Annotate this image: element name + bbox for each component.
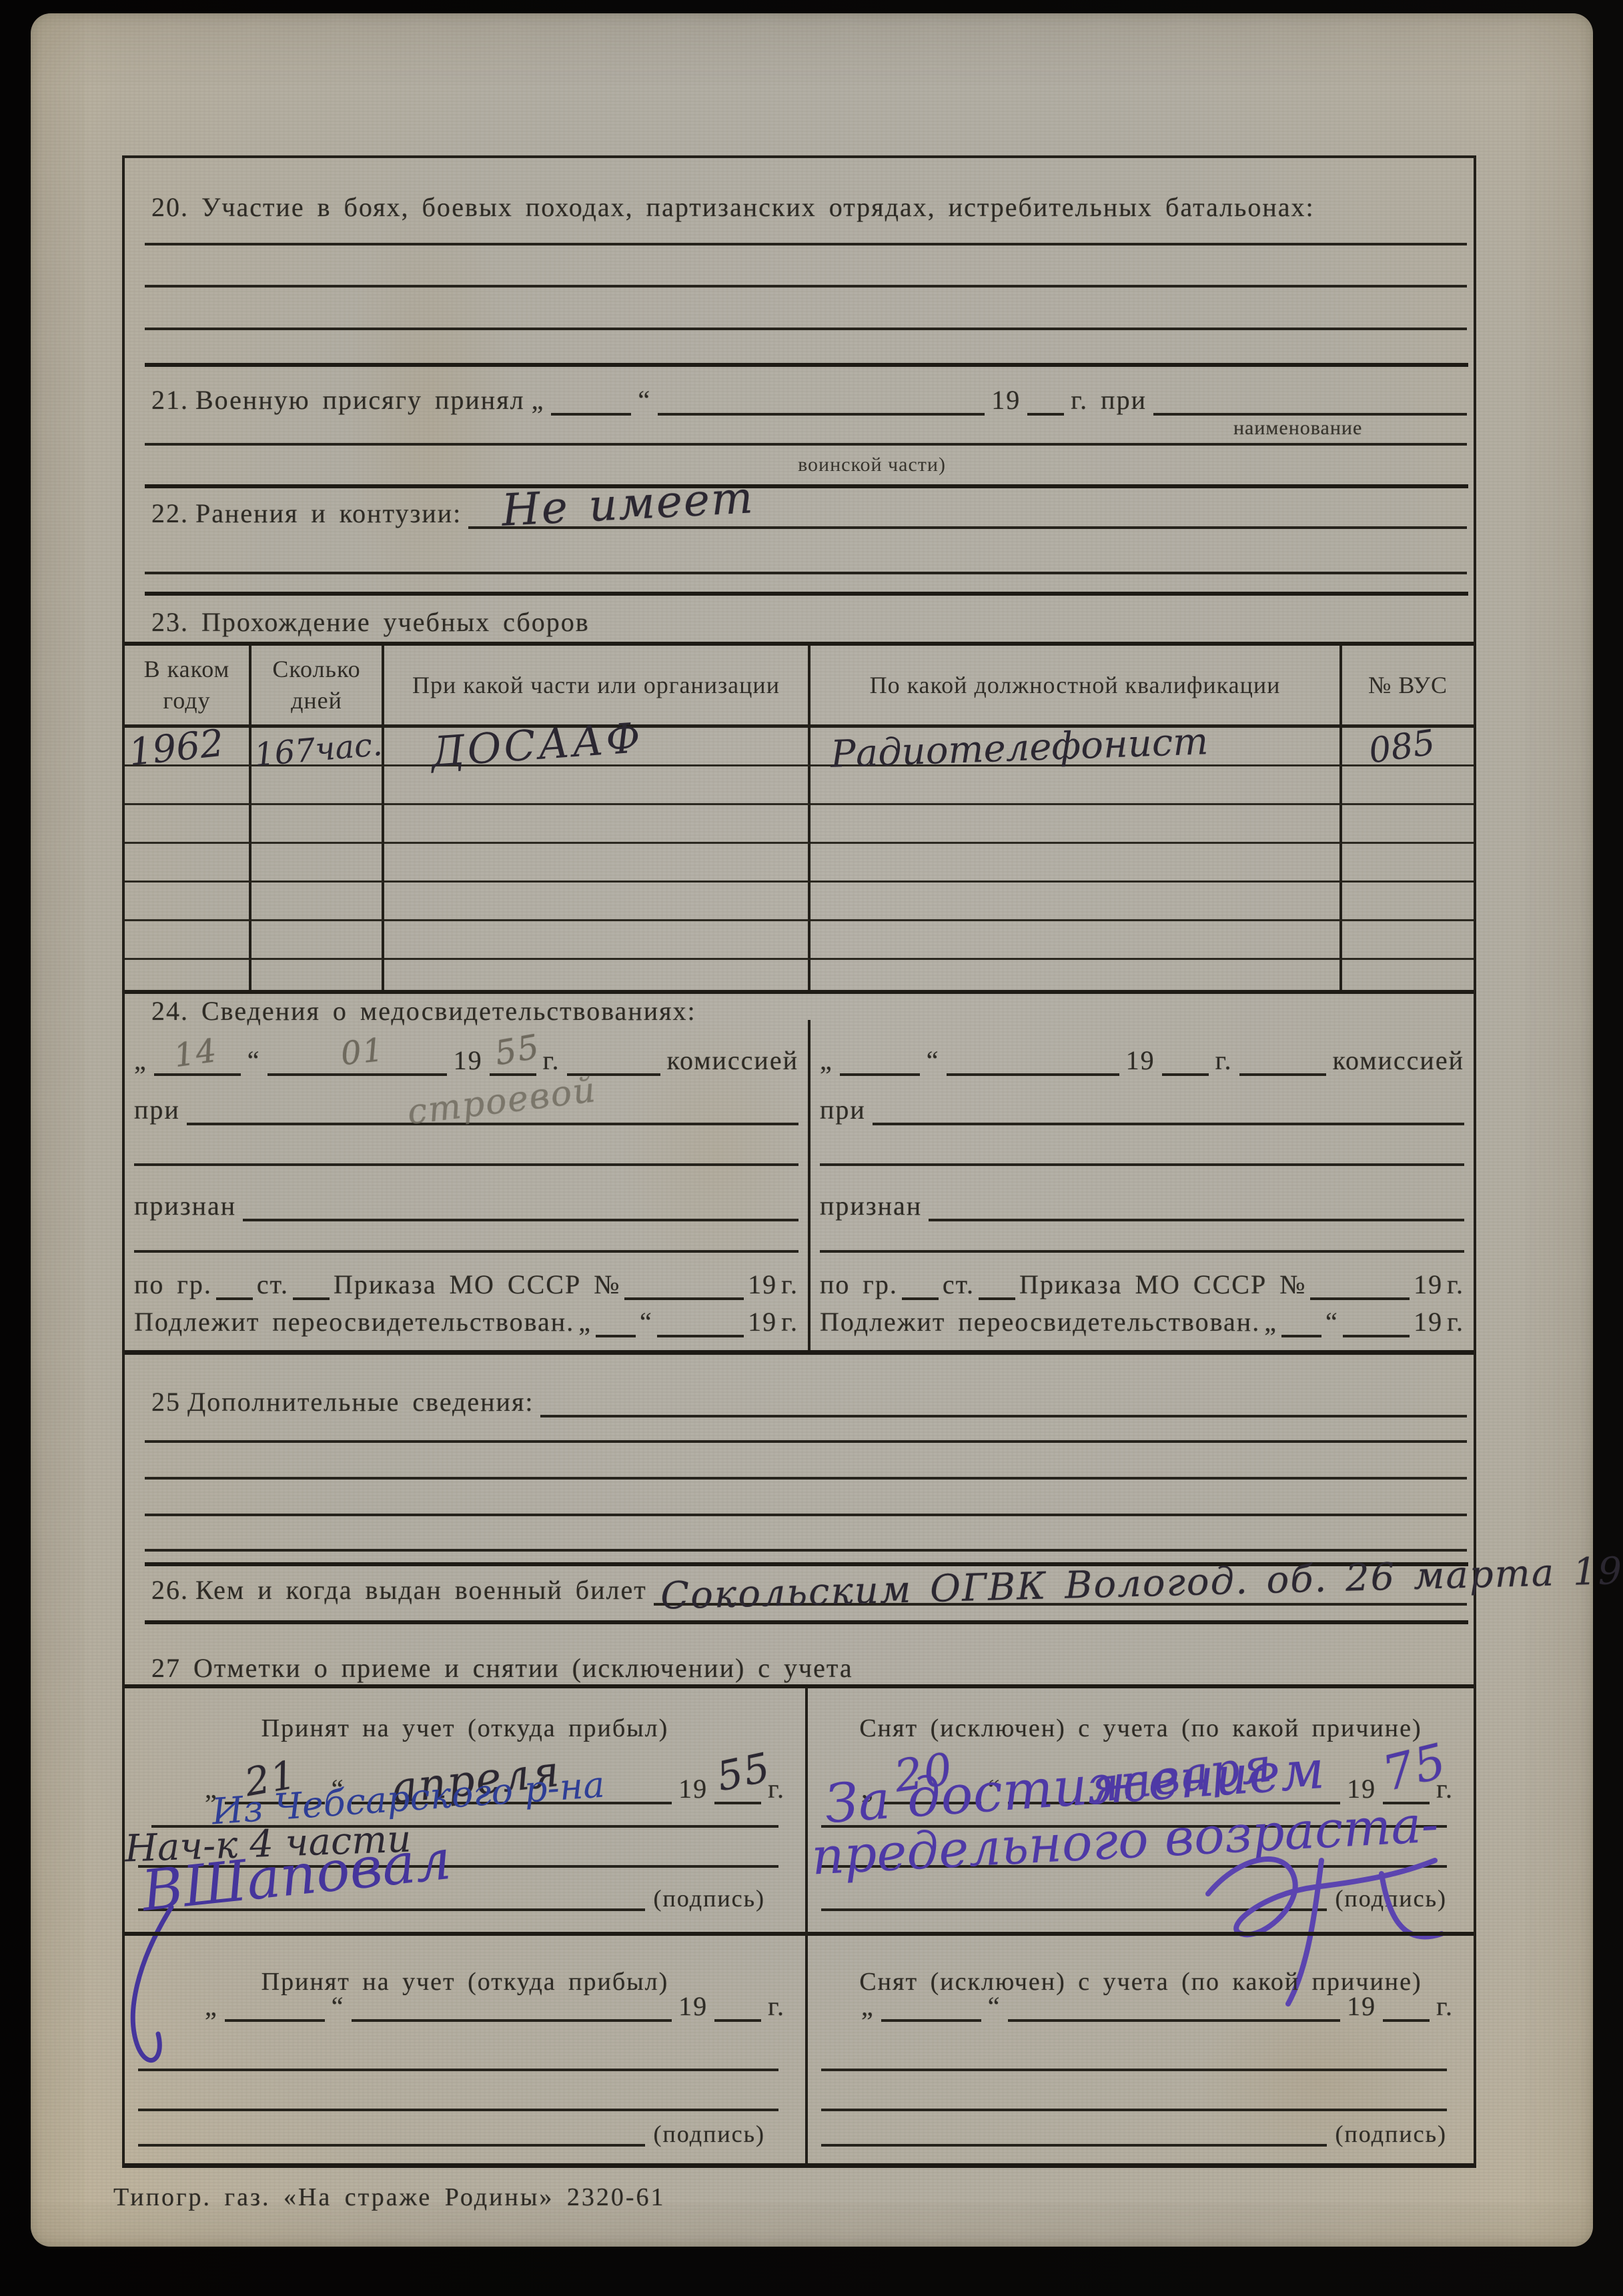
training-table: В каком году Сколько дней При какой част… bbox=[125, 642, 1474, 994]
table-cell bbox=[251, 766, 384, 805]
prikaz-label: Приказа МО СССР № bbox=[1019, 1269, 1306, 1300]
order-number-field bbox=[1310, 1269, 1410, 1300]
exam-pri-row: при bbox=[820, 1088, 1464, 1125]
blank-line bbox=[145, 1514, 1467, 1516]
g-label: г. bbox=[768, 1990, 785, 2022]
caption-name: наименование bbox=[1233, 417, 1362, 440]
section-22-label: Ранения и контузии: bbox=[195, 498, 462, 529]
remove-year-handwriting: 75 bbox=[1378, 1736, 1452, 1798]
wounds-value-handwriting: Не имеет bbox=[501, 476, 755, 533]
section-27-number: 27 bbox=[151, 1653, 181, 1683]
accept-day-field bbox=[225, 1991, 325, 2022]
section-20-label: Участие в боях, боевых походах, партизан… bbox=[201, 192, 1315, 222]
table-cell bbox=[1342, 844, 1474, 883]
year-19: 19 bbox=[1347, 1990, 1376, 2022]
year-19: 19 bbox=[1414, 1269, 1443, 1300]
gr-field bbox=[902, 1269, 939, 1300]
section-27-title: 27 Отметки о приеме и снятии (исключении… bbox=[151, 1652, 853, 1684]
table-cell: ДОСААФ bbox=[384, 728, 810, 766]
pri-label: при bbox=[134, 1094, 180, 1125]
pencil-note-handwriting: строевой bbox=[406, 1073, 598, 1130]
col-header-vus: № ВУС bbox=[1342, 646, 1474, 728]
exam-year-handwriting: 55 bbox=[492, 1030, 542, 1071]
table-cell bbox=[810, 921, 1342, 960]
table-cell bbox=[125, 805, 251, 844]
blank-line bbox=[138, 2069, 778, 2071]
accept-signature-field bbox=[138, 2116, 645, 2147]
exam-year-field: 55 bbox=[490, 1045, 536, 1076]
table-cell bbox=[125, 844, 251, 883]
blank-line bbox=[145, 285, 1467, 288]
table-cell bbox=[125, 960, 251, 990]
oath-year-field bbox=[1027, 385, 1064, 416]
resurvey-label: Подлежит переосвидетельствован. bbox=[820, 1306, 1260, 1337]
remove-signature-row bbox=[821, 2123, 1327, 2147]
table-cell bbox=[810, 766, 1342, 805]
accept-year-handwriting: 55 bbox=[714, 1747, 774, 1797]
section-23-number: 23. bbox=[151, 607, 189, 637]
blank-line bbox=[138, 2109, 778, 2111]
close-quote: “ bbox=[927, 1045, 940, 1076]
year-19: 19 bbox=[1414, 1306, 1443, 1337]
close-quote: “ bbox=[1325, 1306, 1339, 1337]
registration-column-left: Принят на учет (откуда прибыл) „ 21 “ ап… bbox=[125, 1687, 808, 2163]
accept-year-field bbox=[714, 1991, 761, 2022]
section-22-number: 22. bbox=[151, 498, 189, 529]
blank-line bbox=[820, 1250, 1464, 1253]
print-shop-imprint: Типогр. газ. «На страже Родины» 2320-61 bbox=[113, 2183, 666, 2212]
table-cell: Радиотелефонист bbox=[810, 728, 1342, 766]
year-19: 19 bbox=[454, 1045, 483, 1076]
accept-header: Принят на учет (откуда прибыл) bbox=[125, 1714, 805, 1743]
st-label: ст. bbox=[943, 1269, 975, 1300]
section-20-number: 20. bbox=[151, 192, 189, 222]
remove-month-field bbox=[1008, 1991, 1341, 2022]
order-row: по гр. ст. Приказа МО СССР № 19 г. bbox=[134, 1265, 798, 1300]
blank-line bbox=[145, 1549, 1467, 1552]
section-21-label: Военную присягу принял bbox=[195, 384, 525, 416]
pri-field: строевой bbox=[187, 1095, 798, 1125]
blank-line bbox=[145, 572, 1467, 574]
accept-date-row: „ “ 19 г. bbox=[205, 1984, 785, 2022]
commission-label: комиссией bbox=[667, 1045, 798, 1076]
resurvey-row: Подлежит переосвидетельствован. „ “ 19 г… bbox=[134, 1303, 798, 1337]
close-quote: “ bbox=[332, 1990, 345, 2022]
podpis-caption: (подпись) bbox=[654, 1884, 765, 1912]
table-cell bbox=[384, 766, 810, 805]
section-divider bbox=[145, 484, 1468, 488]
block-divider bbox=[125, 1932, 805, 1936]
blank-line bbox=[821, 2069, 1447, 2071]
scanned-document-page: 20. Участие в боях, боевых походах, парт… bbox=[0, 0, 1623, 2296]
priznan-field bbox=[243, 1191, 798, 1221]
order-row: по гр. ст. Приказа МО СССР № 19 г. bbox=[820, 1265, 1464, 1300]
g-label: г. bbox=[543, 1045, 560, 1076]
section-26-number: 26. bbox=[151, 1574, 189, 1606]
medical-column-left: „ 14 “ 01 19 55 г. комиссией bbox=[125, 1020, 810, 1350]
st-label: ст. bbox=[257, 1269, 289, 1300]
exam-day-handwriting: 14 bbox=[172, 1035, 219, 1073]
year-19: 19 bbox=[678, 1990, 708, 2022]
po-gr-label: по гр. bbox=[820, 1269, 898, 1300]
medical-exam-block: „ 14 “ 01 19 55 г. комиссией bbox=[125, 1020, 1474, 1355]
unit-name-line bbox=[145, 443, 1467, 446]
section-20-title: 20. Участие в боях, боевых походах, парт… bbox=[151, 191, 1315, 223]
priznan-row: признан bbox=[134, 1184, 798, 1221]
exam-pri-row: при строевой bbox=[134, 1088, 798, 1125]
priznan-field bbox=[929, 1191, 1464, 1221]
section-divider bbox=[145, 1620, 1468, 1624]
blank-line bbox=[145, 1440, 1467, 1443]
oath-unit-field: наименование bbox=[1153, 385, 1467, 416]
table-cell bbox=[125, 766, 251, 805]
blank-line bbox=[145, 1477, 1467, 1480]
blank-line bbox=[145, 243, 1467, 245]
registration-column-right: Снят (исключен) с учета (по какой причин… bbox=[808, 1687, 1474, 2163]
close-quote: “ bbox=[638, 384, 651, 416]
table-cell bbox=[810, 960, 1342, 990]
table-cell bbox=[1342, 883, 1474, 921]
blank-line bbox=[821, 2109, 1447, 2111]
section-26-label: Кем и когда выдан военный билет bbox=[195, 1574, 647, 1606]
open-quote: „ bbox=[532, 384, 545, 416]
open-quote: „ bbox=[820, 1045, 833, 1076]
table-cell bbox=[384, 883, 810, 921]
caption-unit: воинской части) bbox=[725, 454, 1019, 476]
exam-year-field bbox=[1162, 1045, 1209, 1076]
prikaz-label: Приказа МО СССР № bbox=[334, 1269, 620, 1300]
exam-day-field bbox=[840, 1045, 920, 1076]
table-cell bbox=[251, 960, 384, 990]
table-cell bbox=[125, 883, 251, 921]
section-21-row: 21. Военную присягу принял „ “ 19 г. при… bbox=[151, 378, 1467, 416]
section-27-label: Отметки о приеме и снятии (исключении) с… bbox=[193, 1653, 853, 1683]
podpis-caption: (подпись) bbox=[1335, 2120, 1447, 2148]
medical-column-right: „ “ 19 г. комиссией при bbox=[810, 1020, 1474, 1350]
oath-month-field bbox=[658, 385, 985, 416]
podpis-caption: (подпись) bbox=[654, 2120, 765, 2148]
open-quote: „ bbox=[134, 1045, 147, 1076]
resurvey-label: Подлежит переосвидетельствован. bbox=[134, 1306, 574, 1337]
table-cell bbox=[810, 805, 1342, 844]
additional-info-field bbox=[540, 1387, 1467, 1417]
table-cell bbox=[251, 921, 384, 960]
exam-day-field: 14 bbox=[154, 1045, 241, 1076]
open-quote: „ bbox=[861, 1990, 875, 2022]
resurvey-month-field bbox=[657, 1307, 744, 1337]
table-cell bbox=[810, 844, 1342, 883]
remove-signature-field bbox=[821, 2116, 1327, 2147]
table-cell: 085 bbox=[1342, 728, 1474, 766]
open-quote: „ bbox=[578, 1306, 592, 1337]
table-cell bbox=[1342, 766, 1474, 805]
accept-signature-row bbox=[138, 2123, 645, 2147]
table-cell bbox=[251, 844, 384, 883]
priznan-label: признан bbox=[820, 1190, 922, 1221]
commission-label: комиссией bbox=[1333, 1045, 1464, 1076]
accept-year-field: 55 bbox=[714, 1774, 761, 1804]
close-quote: “ bbox=[640, 1306, 653, 1337]
table-cell bbox=[125, 921, 251, 960]
resurvey-month-field bbox=[1343, 1307, 1410, 1337]
section-22-row: 22. Ранения и контузии: Не имеет bbox=[151, 492, 1467, 529]
po-gr-label: по гр. bbox=[134, 1269, 212, 1300]
blank-line bbox=[134, 1250, 798, 1253]
g-label: г. bbox=[781, 1269, 798, 1300]
exam-date-row: „ “ 19 г. комиссией bbox=[820, 1039, 1464, 1076]
issued-by-field: Сокольским ОГВК Вологод. об. 26 марта 19… bbox=[654, 1575, 1467, 1606]
table-cell bbox=[1342, 921, 1474, 960]
pri-label: при bbox=[820, 1094, 866, 1125]
table-cell bbox=[251, 805, 384, 844]
oath-day-field bbox=[551, 385, 631, 416]
vus-handwriting: 085 bbox=[1367, 725, 1438, 768]
form-area: 20. Участие в боях, боевых походах, парт… bbox=[122, 155, 1476, 2168]
st-field bbox=[979, 1269, 1015, 1300]
g-label: г. bbox=[1215, 1045, 1233, 1076]
remove-header: Снят (исключен) с учета (по какой причин… bbox=[808, 1714, 1474, 1743]
year-19: 19 bbox=[748, 1269, 777, 1300]
open-quote: „ bbox=[205, 1990, 218, 2022]
g-label: г. bbox=[1447, 1269, 1464, 1300]
exam-month-field bbox=[947, 1045, 1119, 1076]
g-label: г. bbox=[1447, 1306, 1464, 1337]
section-21-number: 21. bbox=[151, 384, 189, 416]
remove-date-row: „ “ 19 г. bbox=[861, 1984, 1454, 2022]
blank-line bbox=[145, 328, 1467, 330]
section-25-label: Дополнительные сведения: bbox=[187, 1386, 534, 1417]
block-divider bbox=[808, 1932, 1474, 1936]
commission-type-field bbox=[1239, 1045, 1326, 1076]
priznan-row: признан bbox=[820, 1184, 1464, 1221]
table-cell bbox=[384, 844, 810, 883]
remove-day-field bbox=[881, 1991, 981, 2022]
wounds-field: Не имеет bbox=[468, 498, 1467, 529]
g-label: г. bbox=[1436, 1990, 1454, 2022]
year-19: 19 bbox=[991, 384, 1021, 416]
table-cell bbox=[810, 883, 1342, 921]
year-19: 19 bbox=[678, 1773, 708, 1804]
col-header-qualification: По какой должностной квалификации bbox=[810, 646, 1342, 728]
g-pri-label: г. при bbox=[1071, 384, 1147, 416]
blank-line bbox=[820, 1163, 1464, 1166]
section-25-row: 25 Дополнительные сведения: bbox=[151, 1380, 1467, 1417]
accept-month-field bbox=[352, 1991, 672, 2022]
pri-field bbox=[873, 1095, 1464, 1125]
section-divider bbox=[145, 592, 1468, 596]
resurvey-day-field bbox=[596, 1307, 636, 1337]
year-19: 19 bbox=[748, 1306, 777, 1337]
exam-month-handwriting: 01 bbox=[339, 1034, 386, 1071]
g-label: г. bbox=[781, 1306, 798, 1337]
section-23-title: 23. Прохождение учебных сборов bbox=[151, 606, 590, 638]
unit-handwriting: ДОСААФ bbox=[430, 717, 644, 773]
gr-field bbox=[216, 1269, 253, 1300]
open-quote: „ bbox=[1264, 1306, 1277, 1337]
resurvey-day-field bbox=[1281, 1307, 1321, 1337]
resurvey-row: Подлежит переосвидетельствован. „ “ 19 г… bbox=[820, 1303, 1464, 1337]
exam-date-row: „ 14 “ 01 19 55 г. комиссией bbox=[134, 1039, 798, 1076]
registration-block: Принят на учет (откуда прибыл) „ 21 “ ап… bbox=[125, 1687, 1474, 2163]
section-23-label: Прохождение учебных сборов bbox=[201, 607, 590, 637]
order-number-field bbox=[624, 1269, 744, 1300]
section-25-number: 25 bbox=[151, 1386, 181, 1417]
close-quote: “ bbox=[247, 1045, 261, 1076]
table-cell: 1962 bbox=[125, 728, 251, 766]
remove-year-field bbox=[1383, 1991, 1430, 2022]
section-divider bbox=[145, 363, 1468, 367]
days-handwriting: 167час. bbox=[253, 728, 384, 772]
year-handwriting: 1962 bbox=[127, 725, 225, 772]
year-19: 19 bbox=[1126, 1045, 1155, 1076]
table-cell bbox=[251, 883, 384, 921]
section-26-row: 26. Кем и когда выдан военный билет Соко… bbox=[151, 1566, 1467, 1606]
close-quote: “ bbox=[988, 1990, 1001, 2022]
st-field bbox=[293, 1269, 330, 1300]
col-header-year: В каком году bbox=[125, 646, 251, 728]
table-cell bbox=[384, 805, 810, 844]
blank-line bbox=[134, 1163, 798, 1166]
exam-month-field: 01 bbox=[267, 1045, 447, 1076]
table-cell bbox=[384, 960, 810, 990]
table-cell bbox=[384, 921, 810, 960]
table-cell: 167час. bbox=[251, 728, 384, 766]
table-cell bbox=[1342, 960, 1474, 990]
col-header-days: Сколько дней bbox=[251, 646, 384, 728]
priznan-label: признан bbox=[134, 1190, 236, 1221]
table-cell bbox=[1342, 805, 1474, 844]
